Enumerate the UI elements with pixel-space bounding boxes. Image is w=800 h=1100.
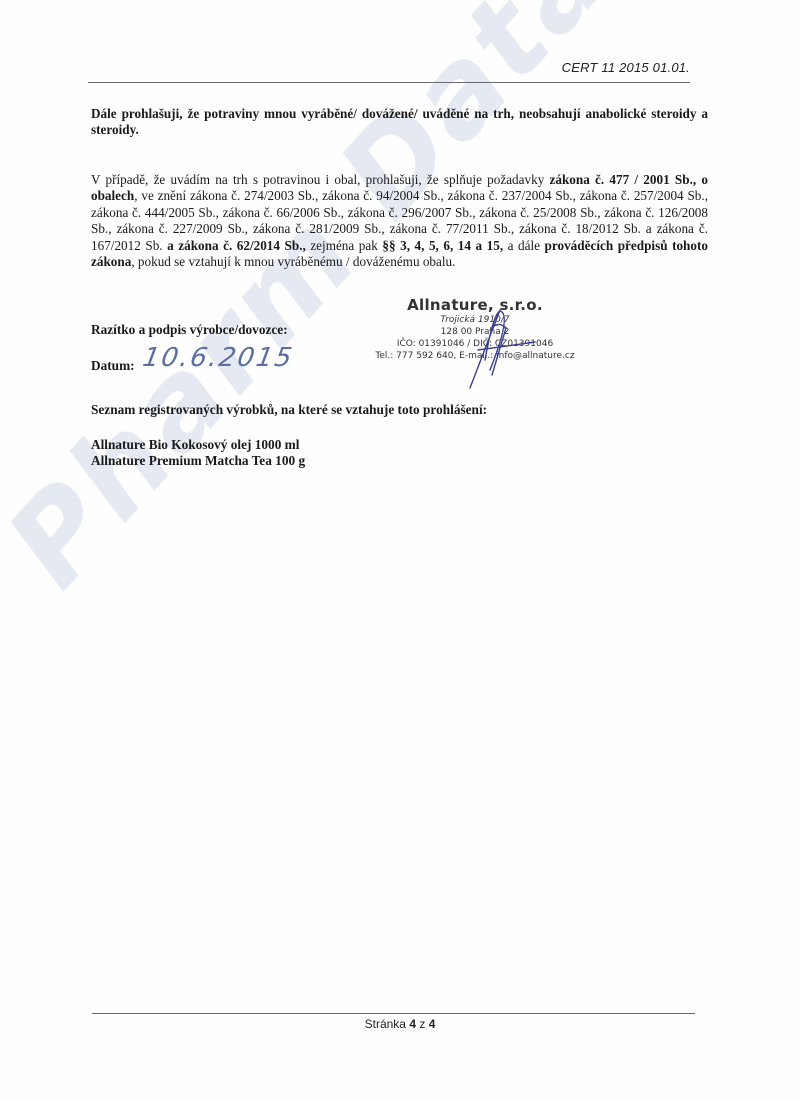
page-number: Stránka 4 z 4 [0,1017,800,1031]
current-page: 4 [409,1017,416,1031]
stamp-company: Allnature, s.r.o. [360,296,590,314]
text-span: V případě, že uvádím na trh s potravinou… [91,172,550,187]
date-label: Datum: [91,358,135,374]
stamp-ids: IČO: 01391046 / DIČ: CZ01391046 [360,338,590,350]
stamp-street: Trojická 1910/7 [360,314,590,326]
text-span: a dále [503,238,544,253]
document-code: CERT 11 2015 01.01. [562,60,690,75]
document-page: Pharm Data s.r.o. CERT 11 2015 01.01. Dá… [0,0,800,1100]
page-separator: z [416,1017,429,1031]
handwritten-date: 10.6.2015 [140,343,296,373]
page-prefix: Stránka [365,1017,410,1031]
packaging-declaration: V případě, že uvádím na trh s potravinou… [91,172,708,270]
stamp-signature-label: Razítko a podpis výrobce/dovozce: [91,322,288,338]
list-item: Allnature Bio Kokosový olej 1000 ml [91,437,305,453]
total-pages: 4 [429,1017,436,1031]
law-sections: §§ 3, 4, 5, 6, 14 a 15, [382,238,503,253]
stamp-city: 128 00 Praha 2 [360,326,590,338]
products-heading: Seznam registrovaných výrobků, na které … [91,402,487,418]
law-reference: a zákona č. 62/2014 Sb., [167,238,306,253]
product-list: Allnature Bio Kokosový olej 1000 ml Alln… [91,437,305,468]
text-span: zejména pak [306,238,383,253]
text-span: , pokud se vztahují k mnou vyráběnému / … [131,254,455,269]
list-item: Allnature Premium Matcha Tea 100 g [91,453,305,469]
header-divider [88,82,690,83]
steroids-declaration: Dále prohlašuji, že potraviny mnou vyráb… [91,106,708,139]
stamp-contact: Tel.: 777 592 640, E-mail.: info@allnatu… [360,350,590,362]
footer-divider [92,1013,695,1014]
company-stamp: Allnature, s.r.o. Trojická 1910/7 128 00… [360,296,590,362]
